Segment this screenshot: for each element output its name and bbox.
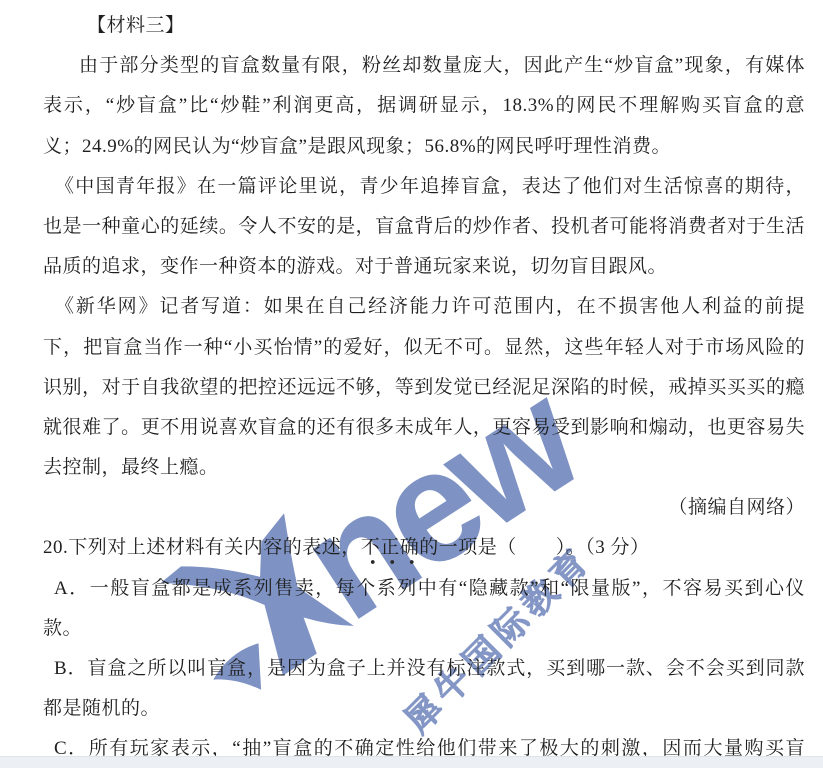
paragraph1-line3: 义；24.9%的网民认为“炒盲盒”是跟风现象；56.8%的网民呼吁理性消费。 [43,127,805,167]
paragraph2-line2: 也是一种童心的延续。令人不安的是，盲盒背后的炒作者、投机者可能将消费者对于生活 [43,207,805,247]
paragraph3-line5: 去控制，最终上瘾。 [43,448,805,488]
document-content: 【材料三】 由于部分类型的盲盒数量有限，粉丝却数量庞大，因此产生“炒盲盒”现象，… [0,0,823,768]
paragraph2-line3: 品质的追求，变作一种资本的游戏。对于普通玩家来说，切勿盲目跟风。 [43,247,805,287]
paragraph1-line1: 由于部分类型的盲盒数量有限，粉丝却数量庞大，因此产生“炒盲盒”现象，有媒体 [43,46,805,86]
option-b-line1: B．盲盒之所以叫盲盒，是因为盒子上并没有标注款式，买到哪一款、会不会买到同款 [43,649,805,689]
paragraph3-line1: 《新华网》记者写道：如果在自己经济能力许可范围内，在不损害他人利益的前提 [43,287,805,327]
material-heading: 【材料三】 [43,6,805,46]
paragraph1-line2: 表示，“炒盲盒”比“炒鞋”利润更高，据调研显示，18.3%的网民不理解购买盲盒的… [43,86,805,126]
paragraph3-line3: 识别，对于自我欲望的把控还远远不够，等到发觉已经泥足深陷的时候，戒掉买买买的瘾 [43,368,805,408]
paragraph3-line2: 下，把盲盒当作一种“小买怡情”的爱好，似无不可。显然，这些年轻人对于市场风险的 [43,328,805,368]
paragraph3-line4: 就很难了。更不用说喜欢盲盒的还有很多未成年人，更容易受到影响和煽动，也更容易失 [43,408,805,448]
option-b-line2: 都是随机的。 [43,689,805,729]
document-page: new 犀牛国际教育 【材料三】 由于部分类型的盲盒数量有限，粉丝却数量庞大，因… [0,0,823,768]
question-emphasized-text: 不正确 [361,537,420,565]
question-suffix: 的一项是（ ）。（3 分） [419,537,649,558]
paragraph2-line1: 《中国青年报》在一篇评论里说，青少年追捧盲盒，表达了他们对生活惊喜的期待， [43,167,805,207]
question-prefix: 20.下列对上述材料有关内容的表述， [43,537,361,558]
question-20-line: 20.下列对上述材料有关内容的表述，不正确的一项是（ ）。（3 分） [43,528,805,568]
option-a-line2: 款。 [43,609,805,649]
source-attribution: （摘编自网络） [43,488,805,528]
page-bottom-bar [0,756,823,768]
option-a-line1: A．一般盲盒都是成系列售卖，每个系列中有“隐藏款”和“限量版”，不容易买到心仪 [43,569,805,609]
